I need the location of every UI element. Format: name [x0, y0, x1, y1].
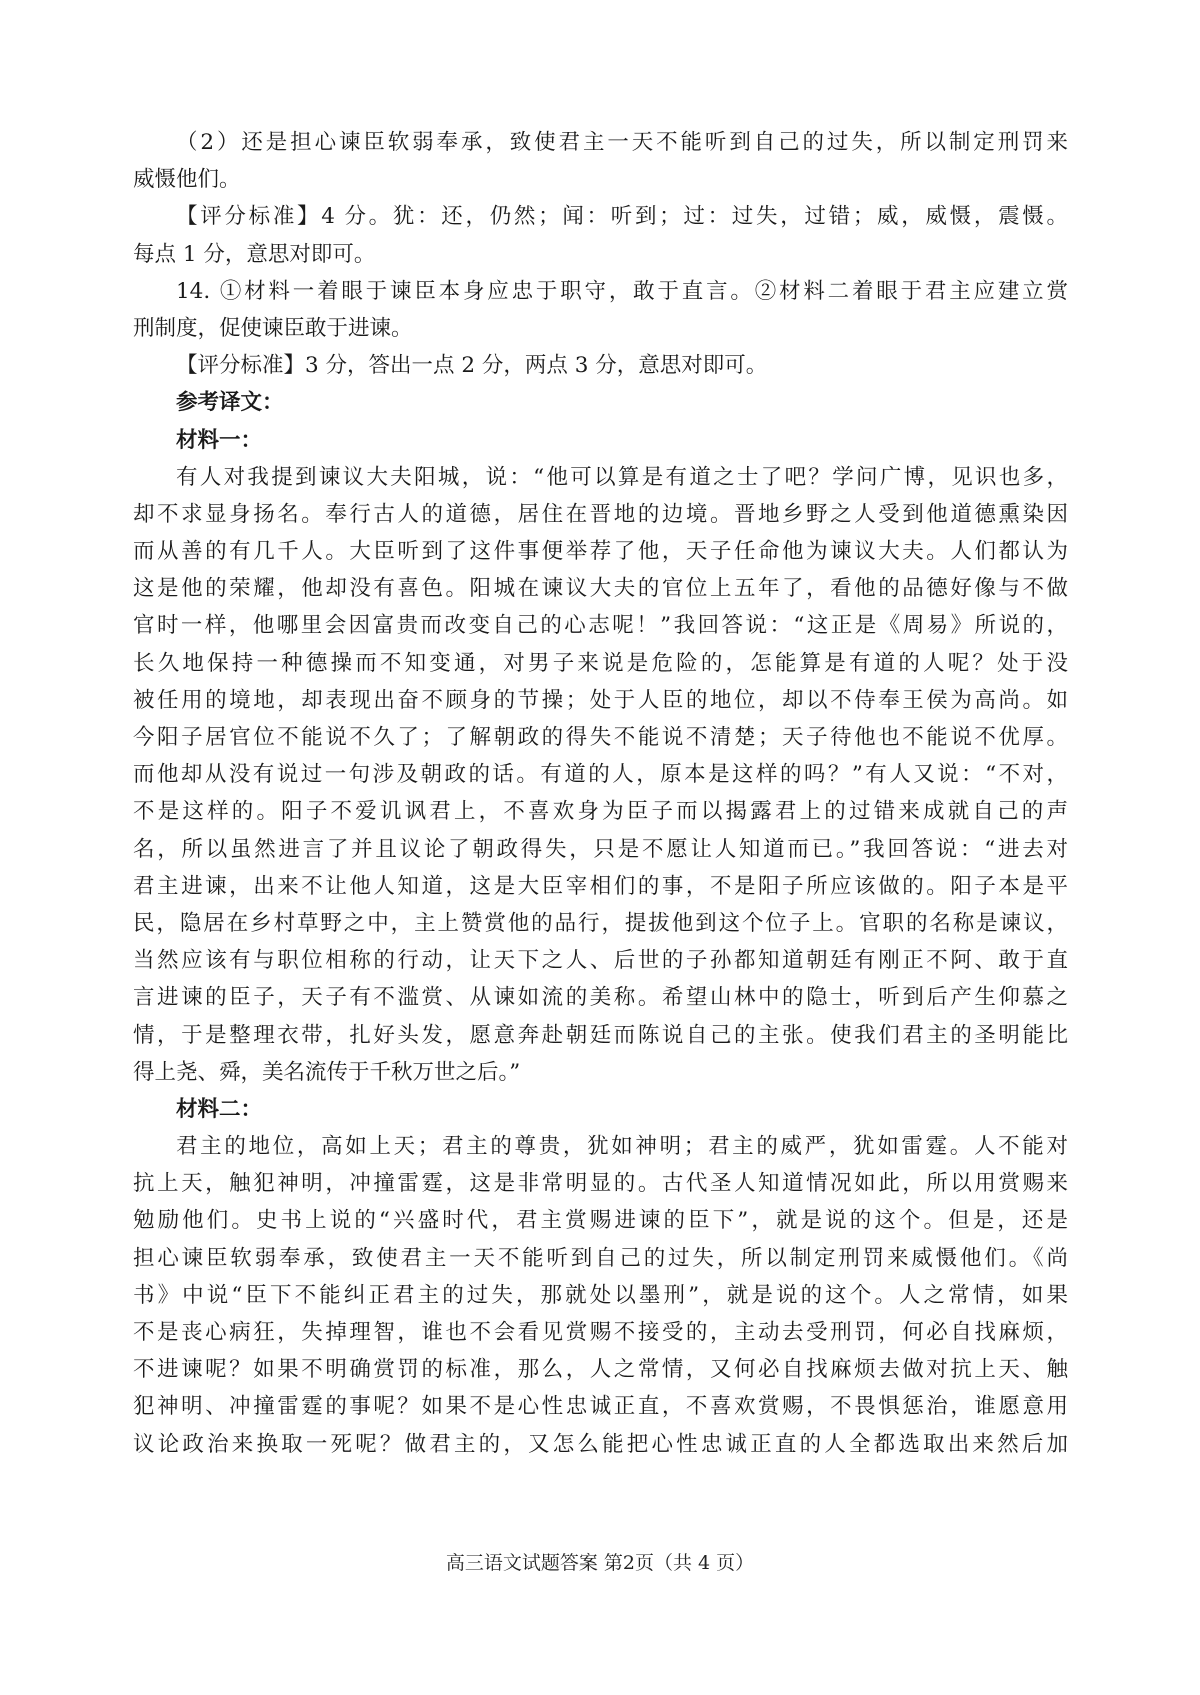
text-line: 书》中说“臣下不能纠正君主的过失，那就处以墨刑”，就是说的这个。人之常情，如果 [133, 1277, 1068, 1314]
text-line: 官时一样，他哪里会因富贵而改变自己的心志呢！”我回答说：“这正是《周易》所说的， [133, 607, 1068, 644]
text-line: 却不求显身扬名。奉行古人的道德，居住在晋地的边境。晋地乡野之人受到他道德熏染因 [133, 496, 1068, 533]
material-one-heading: 材料一： [133, 422, 1068, 459]
text-line: 担心谏臣软弱奉承，致使君主一天不能听到自己的过失，所以制定刑罚来威慑他们。《尚 [133, 1240, 1068, 1277]
text-line: 情，于是整理衣带，扎好头发，愿意奔赴朝廷而陈说自己的主张。使我们君主的圣明能比 [133, 1017, 1068, 1054]
text-line: 每点 1 分，意思对即可。 [133, 236, 1068, 273]
text-line: 【评分标准】3 分，答出一点 2 分，两点 3 分，意思对即可。 [133, 347, 1068, 384]
text-line: 勉励他们。史书上说的“兴盛时代，君主赏赐进谏的臣下”，就是说的这个。但是，还是 [133, 1202, 1068, 1239]
text-line: 抗上天，触犯神明，冲撞雷霆，这是非常明显的。古代圣人知道情况如此，所以用赏赐来 [133, 1165, 1068, 1202]
text-line: 名，所以虽然进言了并且议论了朝政得失，只是不愿让人知道而已。”我回答说：“进去对 [133, 831, 1068, 868]
text-line: （2）还是担心谏臣软弱奉承，致使君主一天不能听到自己的过失，所以制定刑罚来 [133, 124, 1068, 161]
text-line: 有人对我提到谏议大夫阳城，说：“他可以算是有道之士了吧？学问广博，见识也多， [133, 459, 1068, 496]
text-line: 议论政治来换取一死呢？做君主的，又怎么能把心性忠诚正直的人全都选取出来然后加 [133, 1426, 1068, 1463]
text-line: 言进谏的臣子，天子有不滥赏、从谏如流的美称。希望山林中的隐士，听到后产生仰慕之 [133, 979, 1068, 1016]
text-line: 不进谏呢？如果不明确赏罚的标准，那么，人之常情，又何必自找麻烦去做对抗上天、触 [133, 1351, 1068, 1388]
text-line: 当然应该有与职位相称的行动，让天下之人、后世的子孙都知道朝廷有刚正不阿、敢于直 [133, 942, 1068, 979]
answer-14: 14. ①材料一着眼于谏臣本身应忠于职守，敢于直言。②材料二着眼于君主应建立赏 … [133, 273, 1068, 347]
text-line: 民，隐居在乡村草野之中，主上赞赏他的品行，提拔他到这个位子上。官职的名称是谏议， [133, 905, 1068, 942]
text-line: 刑制度，促使谏臣敢于进谏。 [133, 310, 1068, 347]
material-two-text: 君主的地位，高如上天；君主的尊贵，犹如神明；君主的威严，犹如雷霆。人不能对 抗上… [133, 1128, 1068, 1463]
scoring-14: 【评分标准】3 分，答出一点 2 分，两点 3 分，意思对即可。 [133, 347, 1068, 384]
text-line: 君主进谏，出来不让他人知道，这是大臣宰相们的事，不是阳子所应该做的。阳子本是平 [133, 868, 1068, 905]
text-line: 被任用的境地，却表现出奋不顾身的节操；处于人臣的地位，却以不侍奉王侯为高尚。如 [133, 682, 1068, 719]
text-line: 长久地保持一种德操而不知变通，对男子来说是危险的，怎能算是有道的人呢？处于没 [133, 645, 1068, 682]
text-line: 不是丧心病狂，失掉理智，谁也不会看见赏赐不接受的，主动去受刑罚，何必自找麻烦， [133, 1314, 1068, 1351]
text-line: 不是这样的。阳子不爱讥讽君上，不喜欢身为臣子而以揭露君上的过错来成就自己的声 [133, 793, 1068, 830]
page-footer: 高三语文试题答案 第2页（共 4 页） [0, 1548, 1200, 1575]
reference-translation-heading: 参考译文： [133, 384, 1068, 421]
text-line: 而从善的有几千人。大臣听到了这件事便举荐了他，天子任命他为谏议大夫。人们都认为 [133, 533, 1068, 570]
answer-13-2: （2）还是担心谏臣软弱奉承，致使君主一天不能听到自己的过失，所以制定刑罚来 威慑… [133, 124, 1068, 198]
text-line: 今阳子居官位不能说不久了；了解朝政的得失不能说不清楚；天子待他也不能说不优厚。 [133, 719, 1068, 756]
scoring-13-2: 【评分标准】4 分。犹：还，仍然；闻：听到；过：过失，过错；威，威慑，震慑。 每… [133, 198, 1068, 272]
document-page: （2）还是担心谏臣软弱奉承，致使君主一天不能听到自己的过失，所以制定刑罚来 威慑… [133, 124, 1068, 1463]
text-line: 【评分标准】4 分。犹：还，仍然；闻：听到；过：过失，过错；威，威慑，震慑。 [133, 198, 1068, 235]
text-line: 而他却从没有说过一句涉及朝政的话。有道的人，原本是这样的吗？”有人又说：“不对， [133, 756, 1068, 793]
text-line: 这是他的荣耀，他却没有喜色。阳城在谏议大夫的官位上五年了，看他的品德好像与不做 [133, 570, 1068, 607]
text-line: 得上尧、舜，美名流传于千秋万世之后。” [133, 1054, 1068, 1091]
text-line: 君主的地位，高如上天；君主的尊贵，犹如神明；君主的威严，犹如雷霆。人不能对 [133, 1128, 1068, 1165]
text-line: 威慑他们。 [133, 161, 1068, 198]
text-line: 犯神明、冲撞雷霆的事呢？如果不是心性忠诚正直，不喜欢赏赐，不畏惧惩治，谁愿意用 [133, 1388, 1068, 1425]
material-one-text: 有人对我提到谏议大夫阳城，说：“他可以算是有道之士了吧？学问广博，见识也多， 却… [133, 459, 1068, 1091]
material-two-heading: 材料二： [133, 1091, 1068, 1128]
text-line: 14. ①材料一着眼于谏臣本身应忠于职守，敢于直言。②材料二着眼于君主应建立赏 [133, 273, 1068, 310]
